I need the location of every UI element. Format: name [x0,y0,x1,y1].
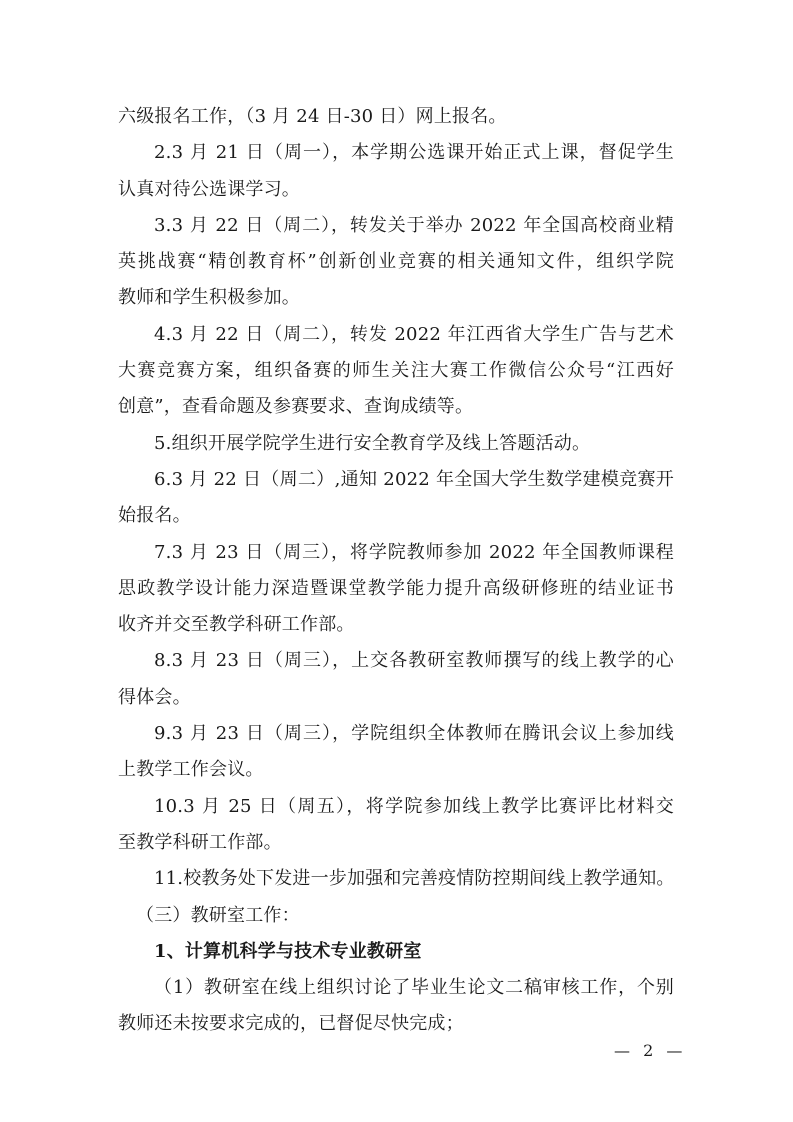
text-line: 至教学科研工作部。 [118,825,674,861]
text-line: 六级报名工作，（3 月 24 日-30 日）网上报名。 [118,99,674,135]
document-body: 六级报名工作，（3 月 24 日-30 日）网上报名。 2.3 月 21 日（周… [118,99,674,1043]
text-line: 得体会。 [118,680,674,716]
text-line: 大赛竞赛方案，组织备赛的师生关注大赛工作微信公众号“江西好 [118,353,674,389]
text-line: 收齐并交至教学科研工作部。 [118,607,674,643]
text-line: 11.校教务处下发进一步加强和完善疫情防控期间线上教学通知。 [118,861,674,897]
text-line: 10.3 月 25 日（周五），将学院参加线上教学比赛评比材料交 [118,789,674,825]
section-heading: （三）教研室工作： [118,898,674,934]
text-line: 4.3 月 22 日（周二），转发 2022 年江西省大学生广告与艺术 [118,317,674,353]
text-line: 6.3 月 22 日（周二）,通知 2022 年全国大学生数学建模竞赛开 [118,462,674,498]
text-line: 英挑战赛“精创教育杯”创新创业竞赛的相关通知文件，组织学院 [118,244,674,280]
text-line: 思政教学设计能力深造暨课堂教学能力提升高级研修班的结业证书 [118,571,674,607]
page-number: — 2 — [614,1041,686,1060]
text-line: 9.3 月 23 日（周三），学院组织全体教师在腾讯会议上参加线 [118,716,674,752]
text-line: 3.3 月 22 日（周二），转发关于举办 2022 年全国高校商业精 [118,208,674,244]
text-line: 上教学工作会议。 [118,752,674,788]
text-line: 8.3 月 23 日（周三），上交各教研室教师撰写的线上教学的心 [118,643,674,679]
subsection-heading: 1、计算机科学与技术专业教研室 [118,934,674,970]
text-line: 7.3 月 23 日（周三），将学院教师参加 2022 年全国教师课程 [118,535,674,571]
text-line: （1）教研室在线上组织讨论了毕业生论文二稿审核工作，个别 [118,970,674,1006]
text-line: 教师和学生积极参加。 [118,280,674,316]
text-line: 认真对待公选课学习。 [118,172,674,208]
text-line: 创意”，查看命题及参赛要求、查询成绩等。 [118,389,674,425]
document-page: 六级报名工作，（3 月 24 日-30 日）网上报名。 2.3 月 21 日（周… [0,0,793,1122]
text-line: 教师还未按要求完成的，已督促尽快完成； [118,1006,674,1042]
text-line: 始报名。 [118,498,674,534]
text-line: 5.组织开展学院学生进行安全教育学及线上答题活动。 [118,426,674,462]
text-line: 2.3 月 21 日（周一），本学期公选课开始正式上课，督促学生 [118,135,674,171]
